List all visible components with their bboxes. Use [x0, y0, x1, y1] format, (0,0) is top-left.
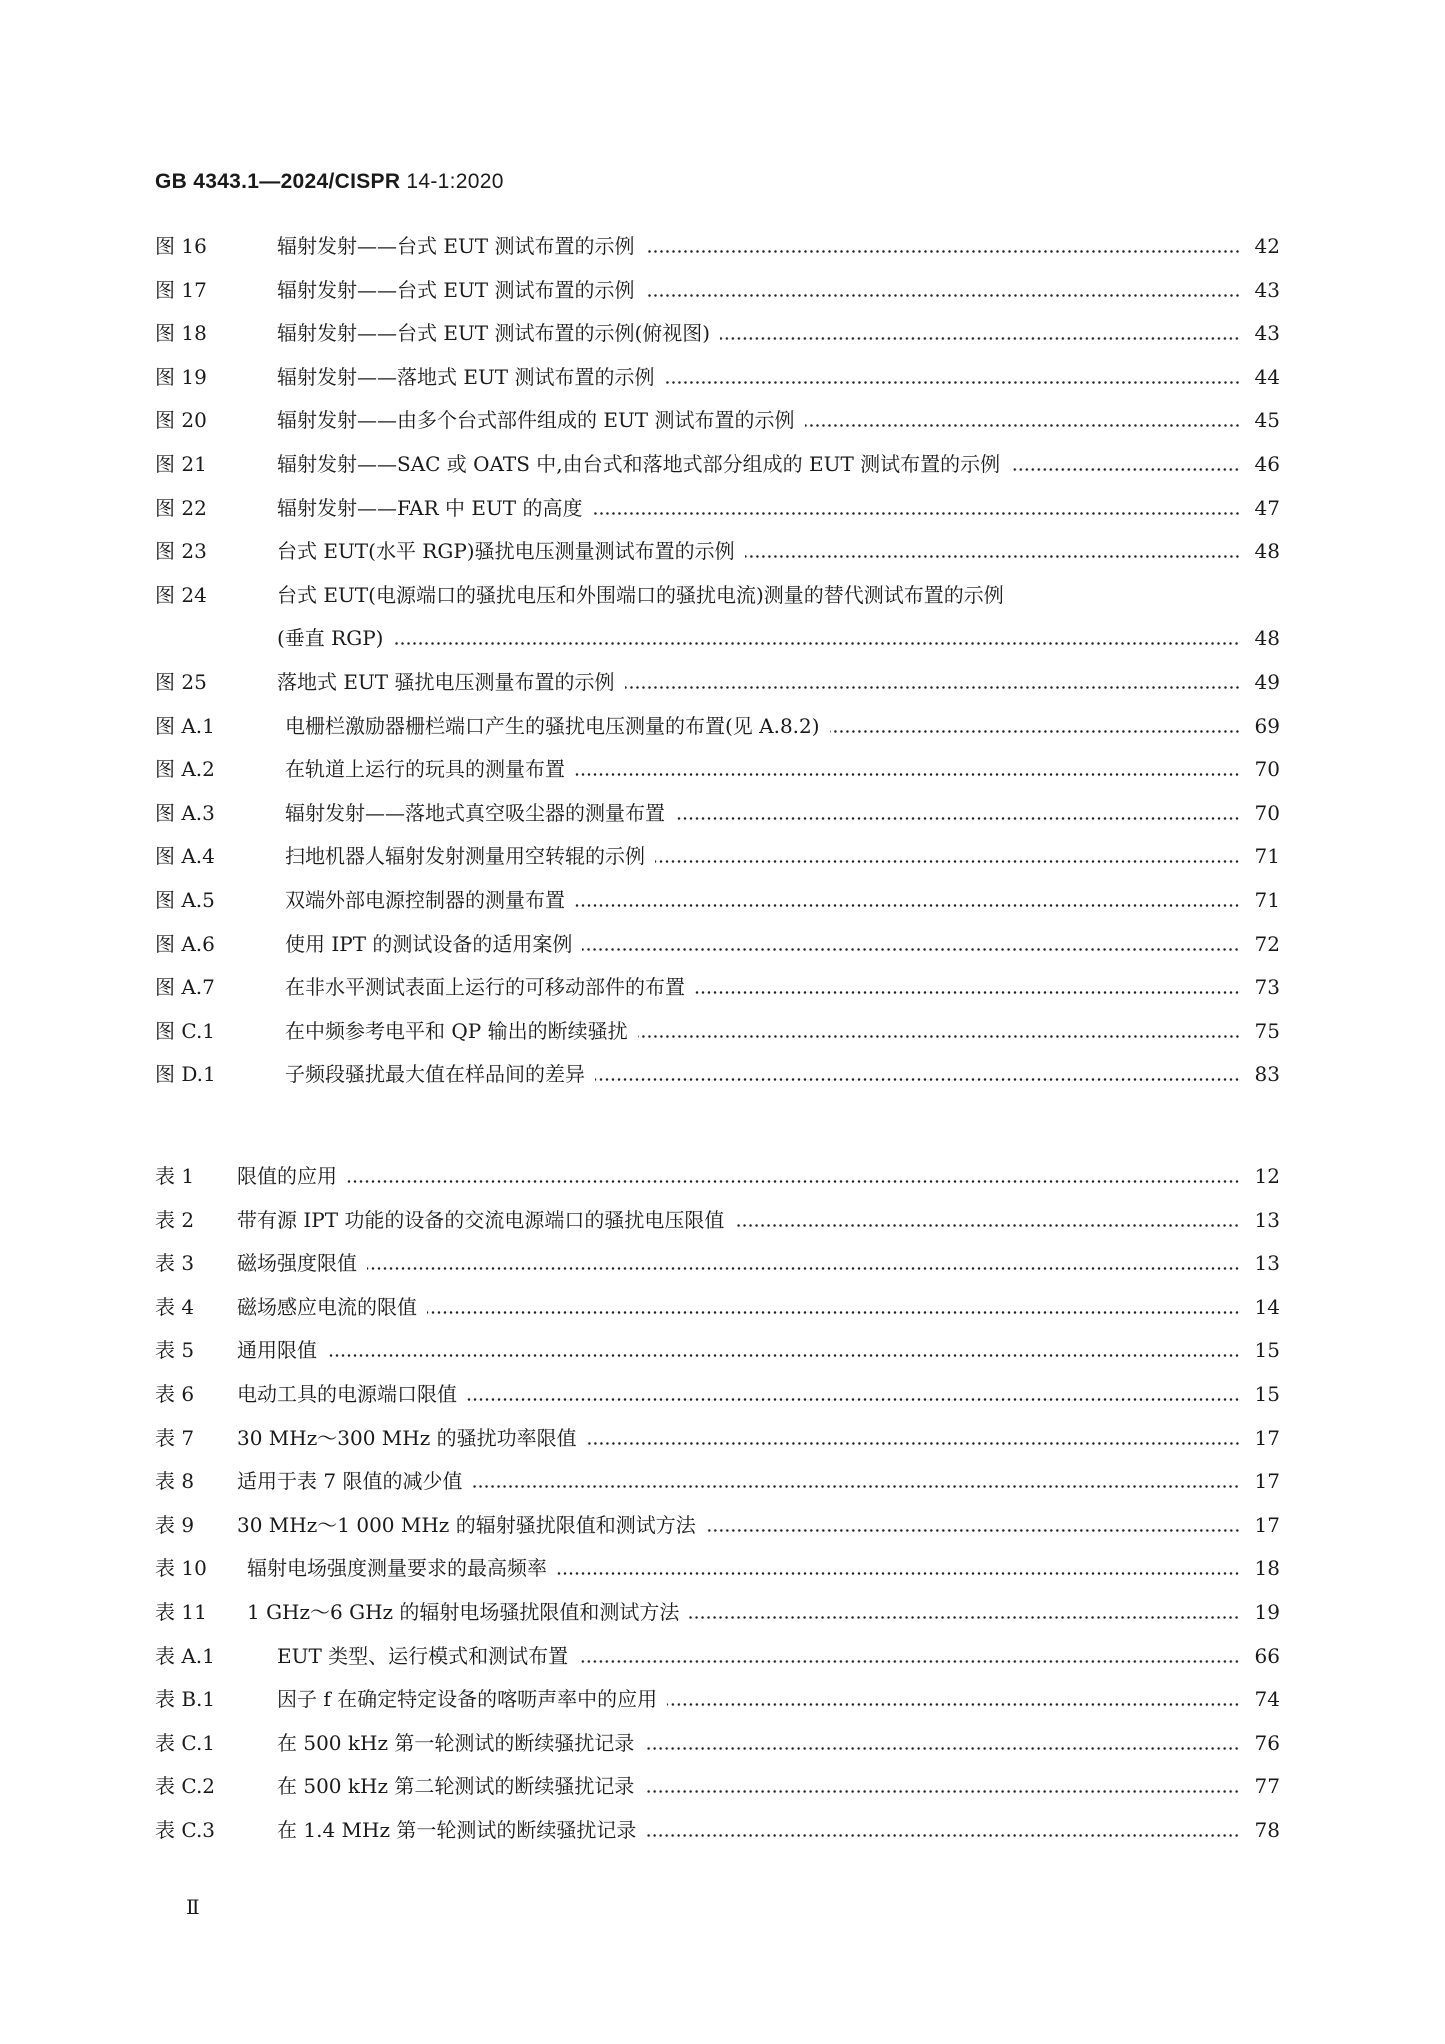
- table-page-number: 14: [1250, 1291, 1280, 1323]
- figure-number: 图 20: [155, 404, 277, 436]
- figure-entry[interactable]: 图 D.1子频段骚扰最大值在样品间的差异83: [155, 1058, 1280, 1090]
- dot-leader: [734, 1224, 1240, 1227]
- dot-leader: [472, 1485, 1240, 1488]
- table-number: 表 7: [155, 1422, 237, 1454]
- table-title: 电动工具的电源端口限值: [237, 1378, 457, 1410]
- table-number: 表 10: [155, 1552, 247, 1584]
- figure-title: 使用 IPT 的测试设备的适用案例: [285, 928, 572, 960]
- figure-title: 辐射发射——落地式真空吸尘器的测量布置: [285, 797, 665, 829]
- table-title: 磁场强度限值: [237, 1247, 357, 1279]
- figure-number: 图 C.1: [155, 1015, 285, 1047]
- figure-entry[interactable]: 图 17辐射发射——台式 EUT 测试布置的示例43: [155, 274, 1280, 306]
- figure-title: (垂直 RGP): [277, 622, 383, 654]
- dot-leader: [587, 1442, 1240, 1445]
- dot-leader: [1010, 468, 1240, 471]
- table-title: 1 GHz～6 GHz 的辐射电场骚扰限值和测试方法: [247, 1596, 679, 1628]
- figure-entry[interactable]: 图 A.3辐射发射——落地式真空吸尘器的测量布置70: [155, 797, 1280, 829]
- table-title: 带有源 IPT 功能的设备的交流电源端口的骚扰电压限值: [237, 1204, 724, 1236]
- figure-entry[interactable]: 图 22辐射发射——FAR 中 EUT 的高度47: [155, 492, 1280, 524]
- figure-number: 图 A.2: [155, 753, 285, 785]
- dot-leader: [675, 817, 1240, 820]
- table-page-number: 76: [1250, 1727, 1280, 1759]
- dot-leader: [595, 1078, 1240, 1081]
- table-number: 表 3: [155, 1247, 237, 1279]
- dot-leader: [644, 1747, 1240, 1750]
- dot-leader: [427, 1311, 1240, 1314]
- table-page-number: 77: [1250, 1770, 1280, 1802]
- figure-number: 图 A.6: [155, 928, 285, 960]
- figure-page-number: 48: [1250, 622, 1280, 654]
- figure-title: 辐射发射——台式 EUT 测试布置的示例: [277, 230, 635, 262]
- figure-title: 辐射发射——FAR 中 EUT 的高度: [277, 492, 583, 524]
- figure-entry[interactable]: (垂直 RGP)48: [155, 622, 1280, 654]
- dot-leader: [578, 1660, 1240, 1663]
- dot-leader: [655, 860, 1240, 863]
- dot-leader: [720, 337, 1240, 340]
- figure-number: 图 17: [155, 274, 277, 306]
- figure-page-number: 49: [1250, 666, 1280, 698]
- figure-entry[interactable]: 图 A.1电栅栏激励器栅栏端口产生的骚扰电压测量的布置(见 A.8.2)69: [155, 710, 1280, 742]
- table-number: 表 C.2: [155, 1770, 277, 1802]
- figure-title: 扫地机器人辐射发射测量用空转辊的示例: [285, 840, 645, 872]
- figure-entry[interactable]: 图 20辐射发射——由多个台式部件组成的 EUT 测试布置的示例45: [155, 404, 1280, 436]
- figure-title: 辐射发射——台式 EUT 测试布置的示例: [277, 274, 635, 306]
- table-title: 因子 f 在确定特定设备的喀呖声率中的应用: [277, 1683, 657, 1715]
- dot-leader: [646, 1834, 1240, 1837]
- table-page-number: 17: [1250, 1422, 1280, 1454]
- figure-title: 电栅栏激励器栅栏端口产生的骚扰电压测量的布置(见 A.8.2): [285, 710, 820, 742]
- table-number: 表 5: [155, 1334, 237, 1366]
- dot-leader: [665, 381, 1240, 384]
- dot-leader: [706, 1529, 1240, 1532]
- table-page-number: 15: [1250, 1334, 1280, 1366]
- figure-title: 辐射发射——SAC 或 OATS 中,由台式和落地式部分组成的 EUT 测试布置…: [277, 448, 1000, 480]
- table-entry[interactable]: 表 6电动工具的电源端口限值15: [155, 1378, 1280, 1410]
- figure-title: 辐射发射——落地式 EUT 测试布置的示例: [277, 361, 655, 393]
- table-title: 30 MHz～300 MHz 的骚扰功率限值: [237, 1422, 577, 1454]
- table-entry[interactable]: 表 C.3在 1.4 MHz 第一轮测试的断续骚扰记录78: [155, 1814, 1280, 1846]
- table-number: 表 9: [155, 1509, 237, 1541]
- table-number: 表 1: [155, 1160, 237, 1192]
- figure-page-number: 47: [1250, 492, 1280, 524]
- standard-number: GB 4343.1—2024/CISPR: [155, 170, 400, 193]
- dot-leader: [645, 250, 1240, 253]
- figure-page-number: 70: [1250, 797, 1280, 829]
- dot-leader: [575, 773, 1240, 776]
- table-number: 表 C.1: [155, 1727, 277, 1759]
- table-title: 磁场感应电流的限值: [237, 1291, 417, 1323]
- figure-entry[interactable]: 图 19辐射发射——落地式 EUT 测试布置的示例44: [155, 361, 1280, 393]
- figure-entry[interactable]: 图 25落地式 EUT 骚扰电压测量布置的示例49: [155, 666, 1280, 698]
- dot-leader: [638, 1035, 1240, 1038]
- figure-page-number: 45: [1250, 404, 1280, 436]
- table-number: 表 8: [155, 1465, 237, 1497]
- page-number-roman: Ⅱ: [186, 1895, 200, 1919]
- dot-leader: [830, 730, 1240, 733]
- table-number: 表 2: [155, 1204, 237, 1236]
- figure-page-number: 71: [1250, 840, 1280, 872]
- table-title: 30 MHz～1 000 MHz 的辐射骚扰限值和测试方法: [237, 1509, 696, 1541]
- table-page-number: 17: [1250, 1465, 1280, 1497]
- figure-entry[interactable]: 图 A.4扫地机器人辐射发射测量用空转辊的示例71: [155, 840, 1280, 872]
- figure-entry[interactable]: 图 A.7在非水平测试表面上运行的可移动部件的布置73: [155, 971, 1280, 1003]
- table-entry[interactable]: 表 C.1在 500 kHz 第一轮测试的断续骚扰记录76: [155, 1727, 1280, 1759]
- table-number: 表 A.1: [155, 1640, 277, 1672]
- figure-number: 图 A.3: [155, 797, 285, 829]
- dot-leader: [557, 1572, 1240, 1575]
- figure-page-number: 71: [1250, 884, 1280, 916]
- table-number: 表 6: [155, 1378, 237, 1410]
- dot-leader: [745, 555, 1240, 558]
- figure-title: 台式 EUT(水平 RGP)骚扰电压测量测试布置的示例: [277, 535, 735, 567]
- figure-title: 辐射发射——台式 EUT 测试布置的示例(俯视图): [277, 317, 710, 349]
- table-page-number: 74: [1250, 1683, 1280, 1715]
- dot-leader: [347, 1180, 1240, 1183]
- table-entry[interactable]: 表 B.1因子 f 在确定特定设备的喀呖声率中的应用74: [155, 1683, 1280, 1715]
- dot-leader: [467, 1398, 1240, 1401]
- table-entry[interactable]: 表 930 MHz～1 000 MHz 的辐射骚扰限值和测试方法17: [155, 1509, 1280, 1541]
- figure-number: 图 23: [155, 535, 277, 567]
- figure-title: 落地式 EUT 骚扰电压测量布置的示例: [277, 666, 615, 698]
- figure-title: 子频段骚扰最大值在样品间的差异: [285, 1058, 585, 1090]
- figure-page-number: 48: [1250, 535, 1280, 567]
- figure-number: 图 18: [155, 317, 277, 349]
- figure-number: 图 16: [155, 230, 277, 262]
- figure-number: 图 A.7: [155, 971, 285, 1003]
- table-page-number: 66: [1250, 1640, 1280, 1672]
- table-number: 表 11: [155, 1596, 247, 1628]
- figure-page-number: 69: [1250, 710, 1280, 742]
- table-entry[interactable]: 表 730 MHz～300 MHz 的骚扰功率限值17: [155, 1422, 1280, 1454]
- table-entry[interactable]: 表 4磁场感应电流的限值14: [155, 1291, 1280, 1323]
- table-title: 在 500 kHz 第一轮测试的断续骚扰记录: [277, 1727, 634, 1759]
- figure-title: 双端外部电源控制器的测量布置: [285, 884, 565, 916]
- figure-page-number: 42: [1250, 230, 1280, 262]
- figure-number: 图 A.4: [155, 840, 285, 872]
- figure-entry[interactable]: 图 A.6使用 IPT 的测试设备的适用案例72: [155, 928, 1280, 960]
- dot-leader: [805, 424, 1240, 427]
- figure-page-number: 75: [1250, 1015, 1280, 1047]
- table-number: 表 4: [155, 1291, 237, 1323]
- figure-page-number: 72: [1250, 928, 1280, 960]
- dot-leader: [625, 686, 1240, 689]
- dot-leader: [667, 1703, 1240, 1706]
- table-title: EUT 类型、运行模式和测试布置: [277, 1640, 568, 1672]
- document-header: GB 4343.1—2024/CISPR 14-1:2020: [155, 170, 504, 194]
- standard-part: 14-1:2020: [400, 170, 503, 193]
- table-page-number: 13: [1250, 1247, 1280, 1279]
- figure-entry[interactable]: 图 21辐射发射——SAC 或 OATS 中,由台式和落地式部分组成的 EUT …: [155, 448, 1280, 480]
- dot-leader: [689, 1616, 1240, 1619]
- figure-page-number: 43: [1250, 274, 1280, 306]
- table-title: 辐射电场强度测量要求的最高频率: [247, 1552, 547, 1584]
- table-entry[interactable]: 表 C.2在 500 kHz 第二轮测试的断续骚扰记录77: [155, 1770, 1280, 1802]
- figure-page-number: 44: [1250, 361, 1280, 393]
- dot-leader: [393, 642, 1240, 645]
- figure-page-number: 73: [1250, 971, 1280, 1003]
- table-number: 表 B.1: [155, 1683, 277, 1715]
- table-number: 表 C.3: [155, 1814, 277, 1846]
- figure-number: 图 D.1: [155, 1058, 285, 1090]
- figure-number: 图 21: [155, 448, 277, 480]
- figure-number: 图 A.5: [155, 884, 285, 916]
- figure-page-number: 70: [1250, 753, 1280, 785]
- table-title: 在 1.4 MHz 第一轮测试的断续骚扰记录: [277, 1814, 636, 1846]
- figure-entry[interactable]: 图 A.5双端外部电源控制器的测量布置71: [155, 884, 1280, 916]
- dot-leader: [695, 991, 1240, 994]
- figure-entry[interactable]: 图 18辐射发射——台式 EUT 测试布置的示例(俯视图)43: [155, 317, 1280, 349]
- dot-leader: [582, 948, 1240, 951]
- dot-leader: [645, 294, 1240, 297]
- table-page-number: 17: [1250, 1509, 1280, 1541]
- table-entry[interactable]: 表 10辐射电场强度测量要求的最高频率18: [155, 1552, 1280, 1584]
- table-page-number: 19: [1250, 1596, 1280, 1628]
- figure-entry[interactable]: 图 24台式 EUT(电源端口的骚扰电压和外围端口的骚扰电流)测量的替代测试布置…: [155, 579, 1280, 611]
- figure-entry[interactable]: 图 C.1在中频参考电平和 QP 输出的断续骚扰75: [155, 1015, 1280, 1047]
- table-page-number: 18: [1250, 1552, 1280, 1584]
- table-entry[interactable]: 表 1限值的应用12: [155, 1160, 1280, 1192]
- figure-page-number: 83: [1250, 1058, 1280, 1090]
- figure-number: 图 19: [155, 361, 277, 393]
- figure-title: 台式 EUT(电源端口的骚扰电压和外围端口的骚扰电流)测量的替代测试布置的示例: [277, 579, 1004, 611]
- table-title: 在 500 kHz 第二轮测试的断续骚扰记录: [277, 1770, 634, 1802]
- table-entry[interactable]: 表 111 GHz～6 GHz 的辐射电场骚扰限值和测试方法19: [155, 1596, 1280, 1628]
- dot-leader: [575, 904, 1240, 907]
- table-entry[interactable]: 表 5通用限值15: [155, 1334, 1280, 1366]
- table-page-number: 13: [1250, 1204, 1280, 1236]
- table-title: 限值的应用: [237, 1160, 337, 1192]
- figure-title: 在中频参考电平和 QP 输出的断续骚扰: [285, 1015, 628, 1047]
- table-title: 适用于表 7 限值的减少值: [237, 1465, 462, 1497]
- figure-number: 图 24: [155, 579, 277, 611]
- dot-leader: [367, 1267, 1240, 1270]
- dot-leader: [327, 1354, 1240, 1357]
- table-page-number: 78: [1250, 1814, 1280, 1846]
- figure-number: 图 A.1: [155, 710, 285, 742]
- figure-entry[interactable]: 图 23台式 EUT(水平 RGP)骚扰电压测量测试布置的示例48: [155, 535, 1280, 567]
- figure-number: 图 22: [155, 492, 277, 524]
- figure-number: 图 25: [155, 666, 277, 698]
- figure-title: 在非水平测试表面上运行的可移动部件的布置: [285, 971, 685, 1003]
- table-entry[interactable]: 表 3磁场强度限值13: [155, 1247, 1280, 1279]
- table-entry[interactable]: 表 A.1EUT 类型、运行模式和测试布置66: [155, 1640, 1280, 1672]
- figure-entry[interactable]: 图 16辐射发射——台式 EUT 测试布置的示例42: [155, 230, 1280, 262]
- table-title: 通用限值: [237, 1334, 317, 1366]
- figure-title: 在轨道上运行的玩具的测量布置: [285, 753, 565, 785]
- figure-entry[interactable]: 图 A.2在轨道上运行的玩具的测量布置70: [155, 753, 1280, 785]
- figure-page-number: 46: [1250, 448, 1280, 480]
- figure-page-number: 43: [1250, 317, 1280, 349]
- dot-leader: [593, 512, 1240, 515]
- table-page-number: 15: [1250, 1378, 1280, 1410]
- figure-title: 辐射发射——由多个台式部件组成的 EUT 测试布置的示例: [277, 404, 795, 436]
- dot-leader: [644, 1790, 1240, 1793]
- table-entry[interactable]: 表 8适用于表 7 限值的减少值17: [155, 1465, 1280, 1497]
- table-page-number: 12: [1250, 1160, 1280, 1192]
- table-entry[interactable]: 表 2带有源 IPT 功能的设备的交流电源端口的骚扰电压限值13: [155, 1204, 1280, 1236]
